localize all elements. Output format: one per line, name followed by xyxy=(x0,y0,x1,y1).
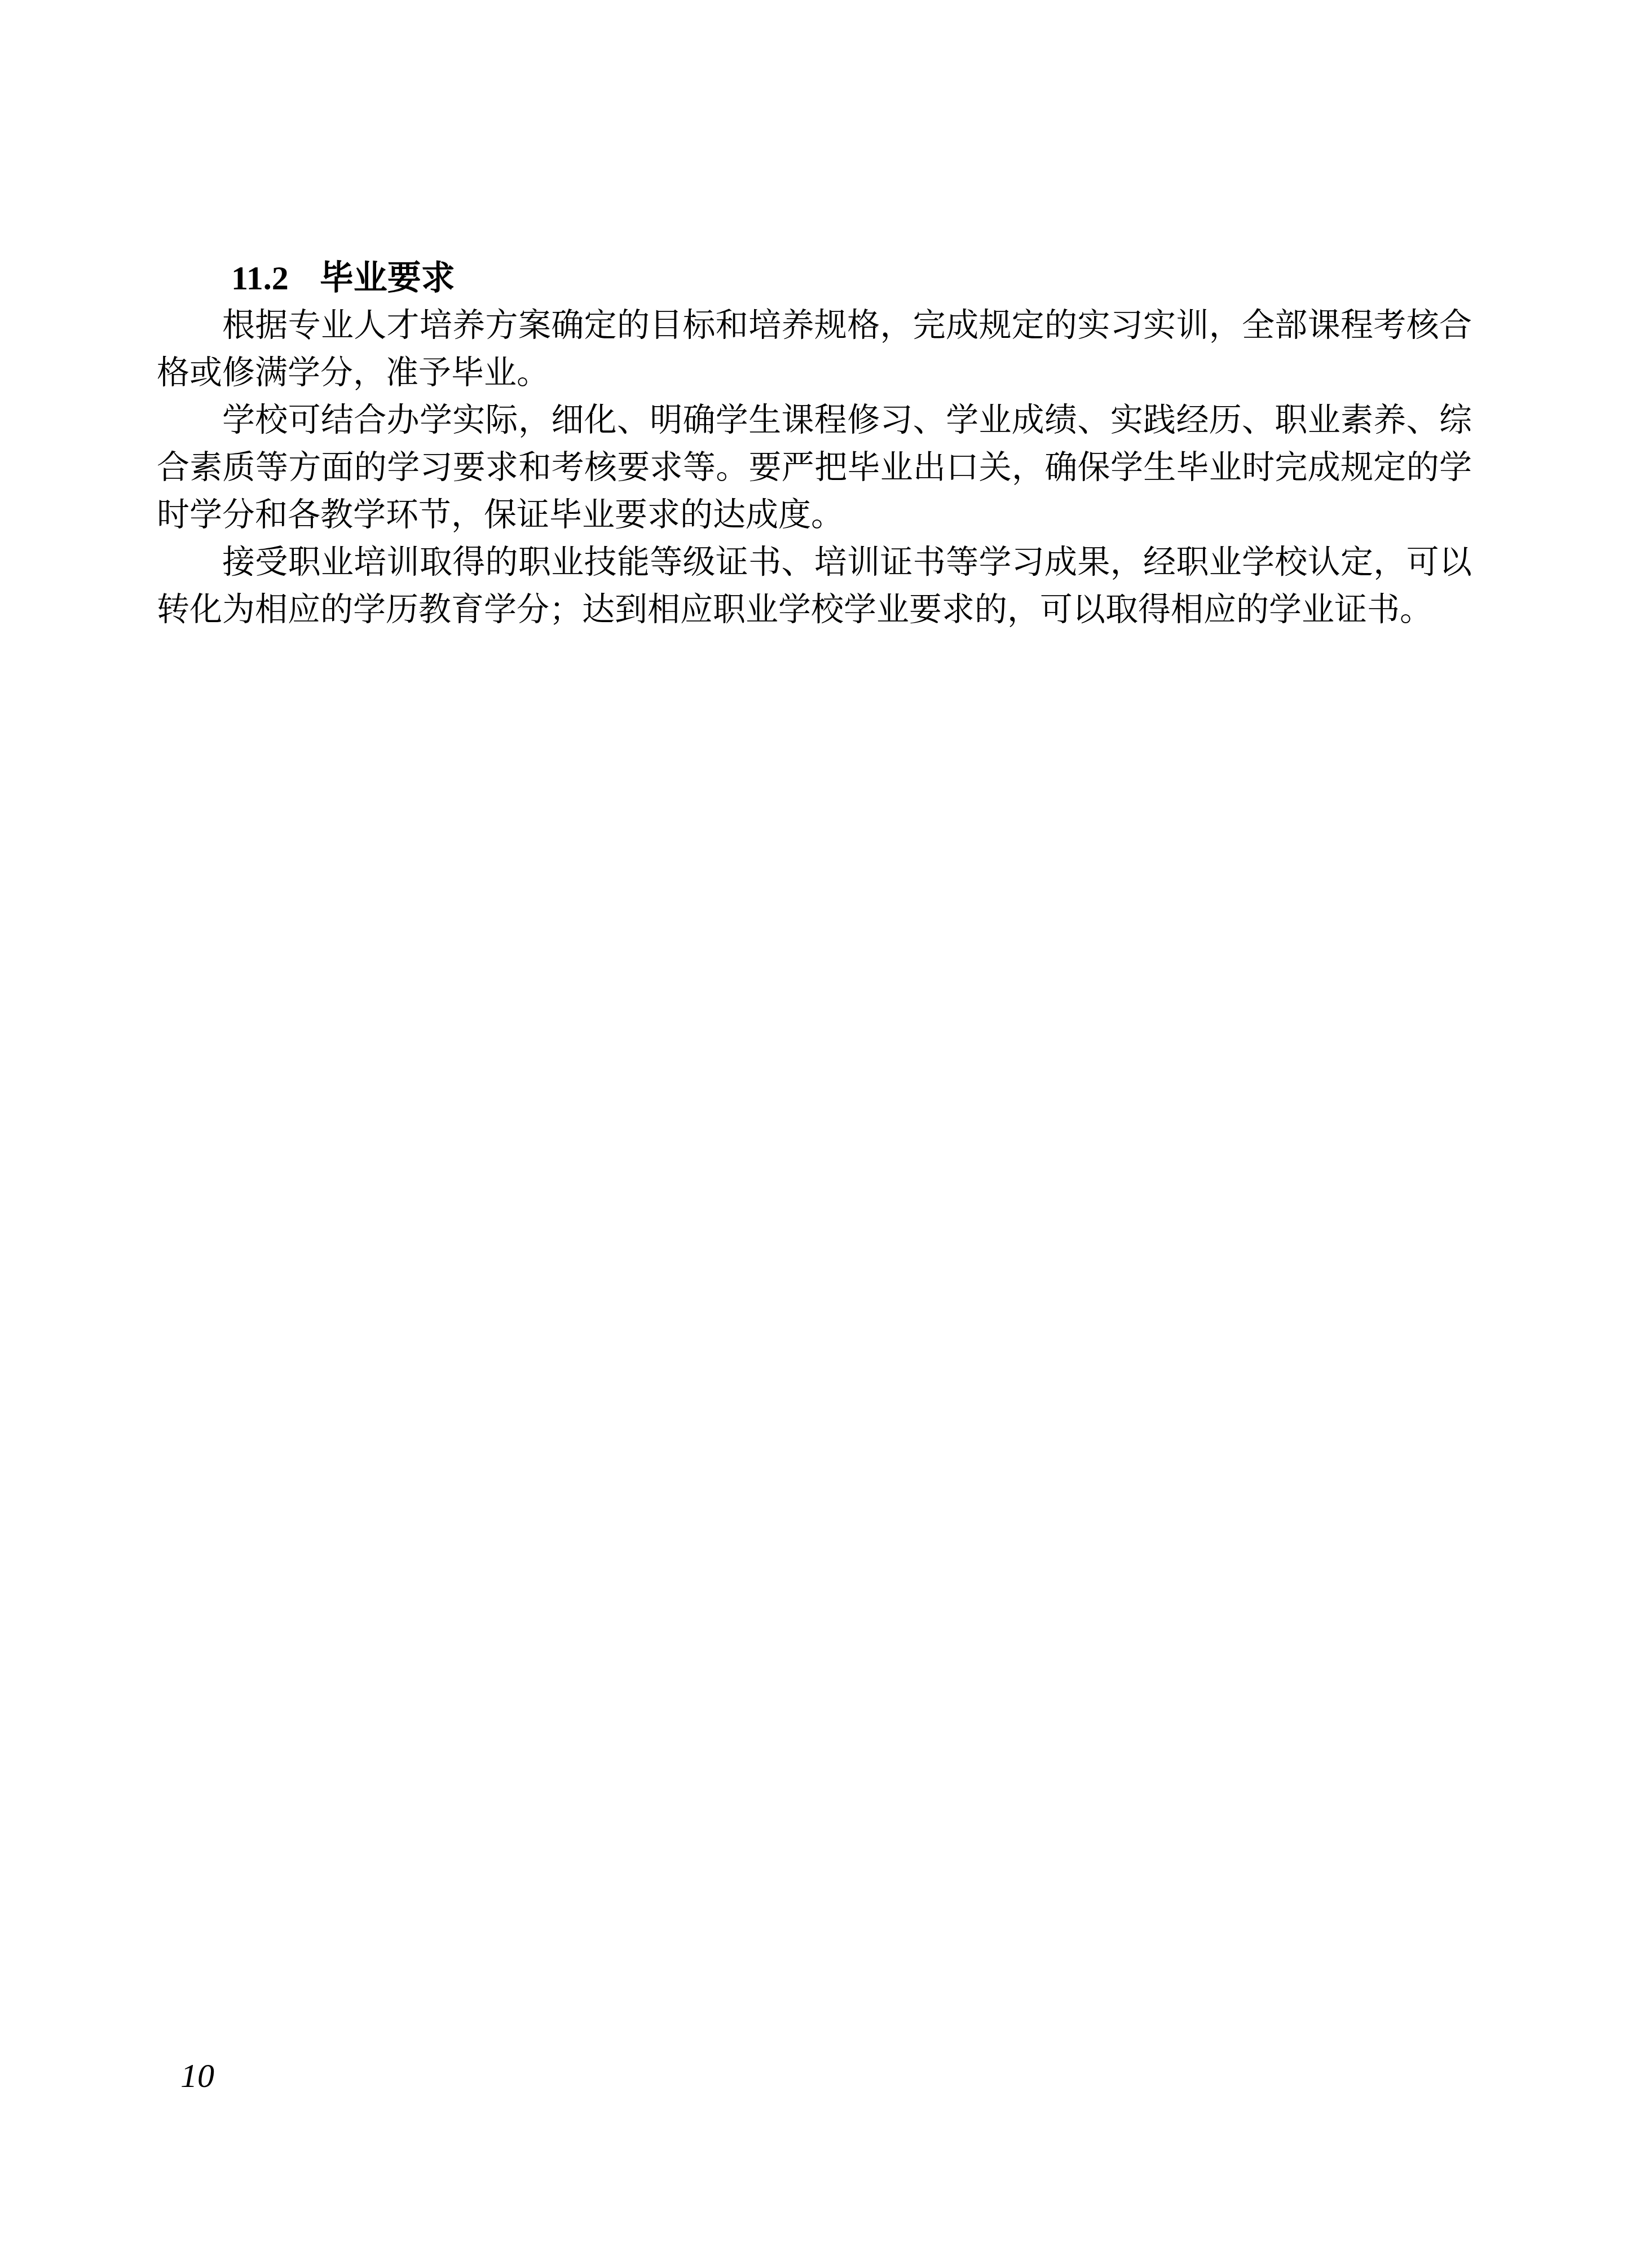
page-number: 10 xyxy=(180,2059,214,2093)
section-heading: 11.2 毕业要求 xyxy=(157,254,1472,302)
page-content: 11.2 毕业要求 根据专业人才培养方案确定的目标和培养规格，完成规定的实习实训… xyxy=(157,254,1472,633)
paragraph: 接受职业培训取得的职业技能等级证书、培训证书等学习成果，经职业学校认定，可以转化… xyxy=(157,539,1472,633)
paragraph: 学校可结合办学实际，细化、明确学生课程修习、学业成绩、实践经历、职业素养、综合素… xyxy=(157,397,1472,539)
document-page: 11.2 毕业要求 根据专业人才培养方案确定的目标和培养规格，完成规定的实习实训… xyxy=(0,0,1627,2268)
section-title: 毕业要求 xyxy=(320,254,455,302)
section-number: 11.2 xyxy=(231,254,289,302)
paragraph: 根据专业人才培养方案确定的目标和培养规格，完成规定的实习实训，全部课程考核合格或… xyxy=(157,302,1472,397)
